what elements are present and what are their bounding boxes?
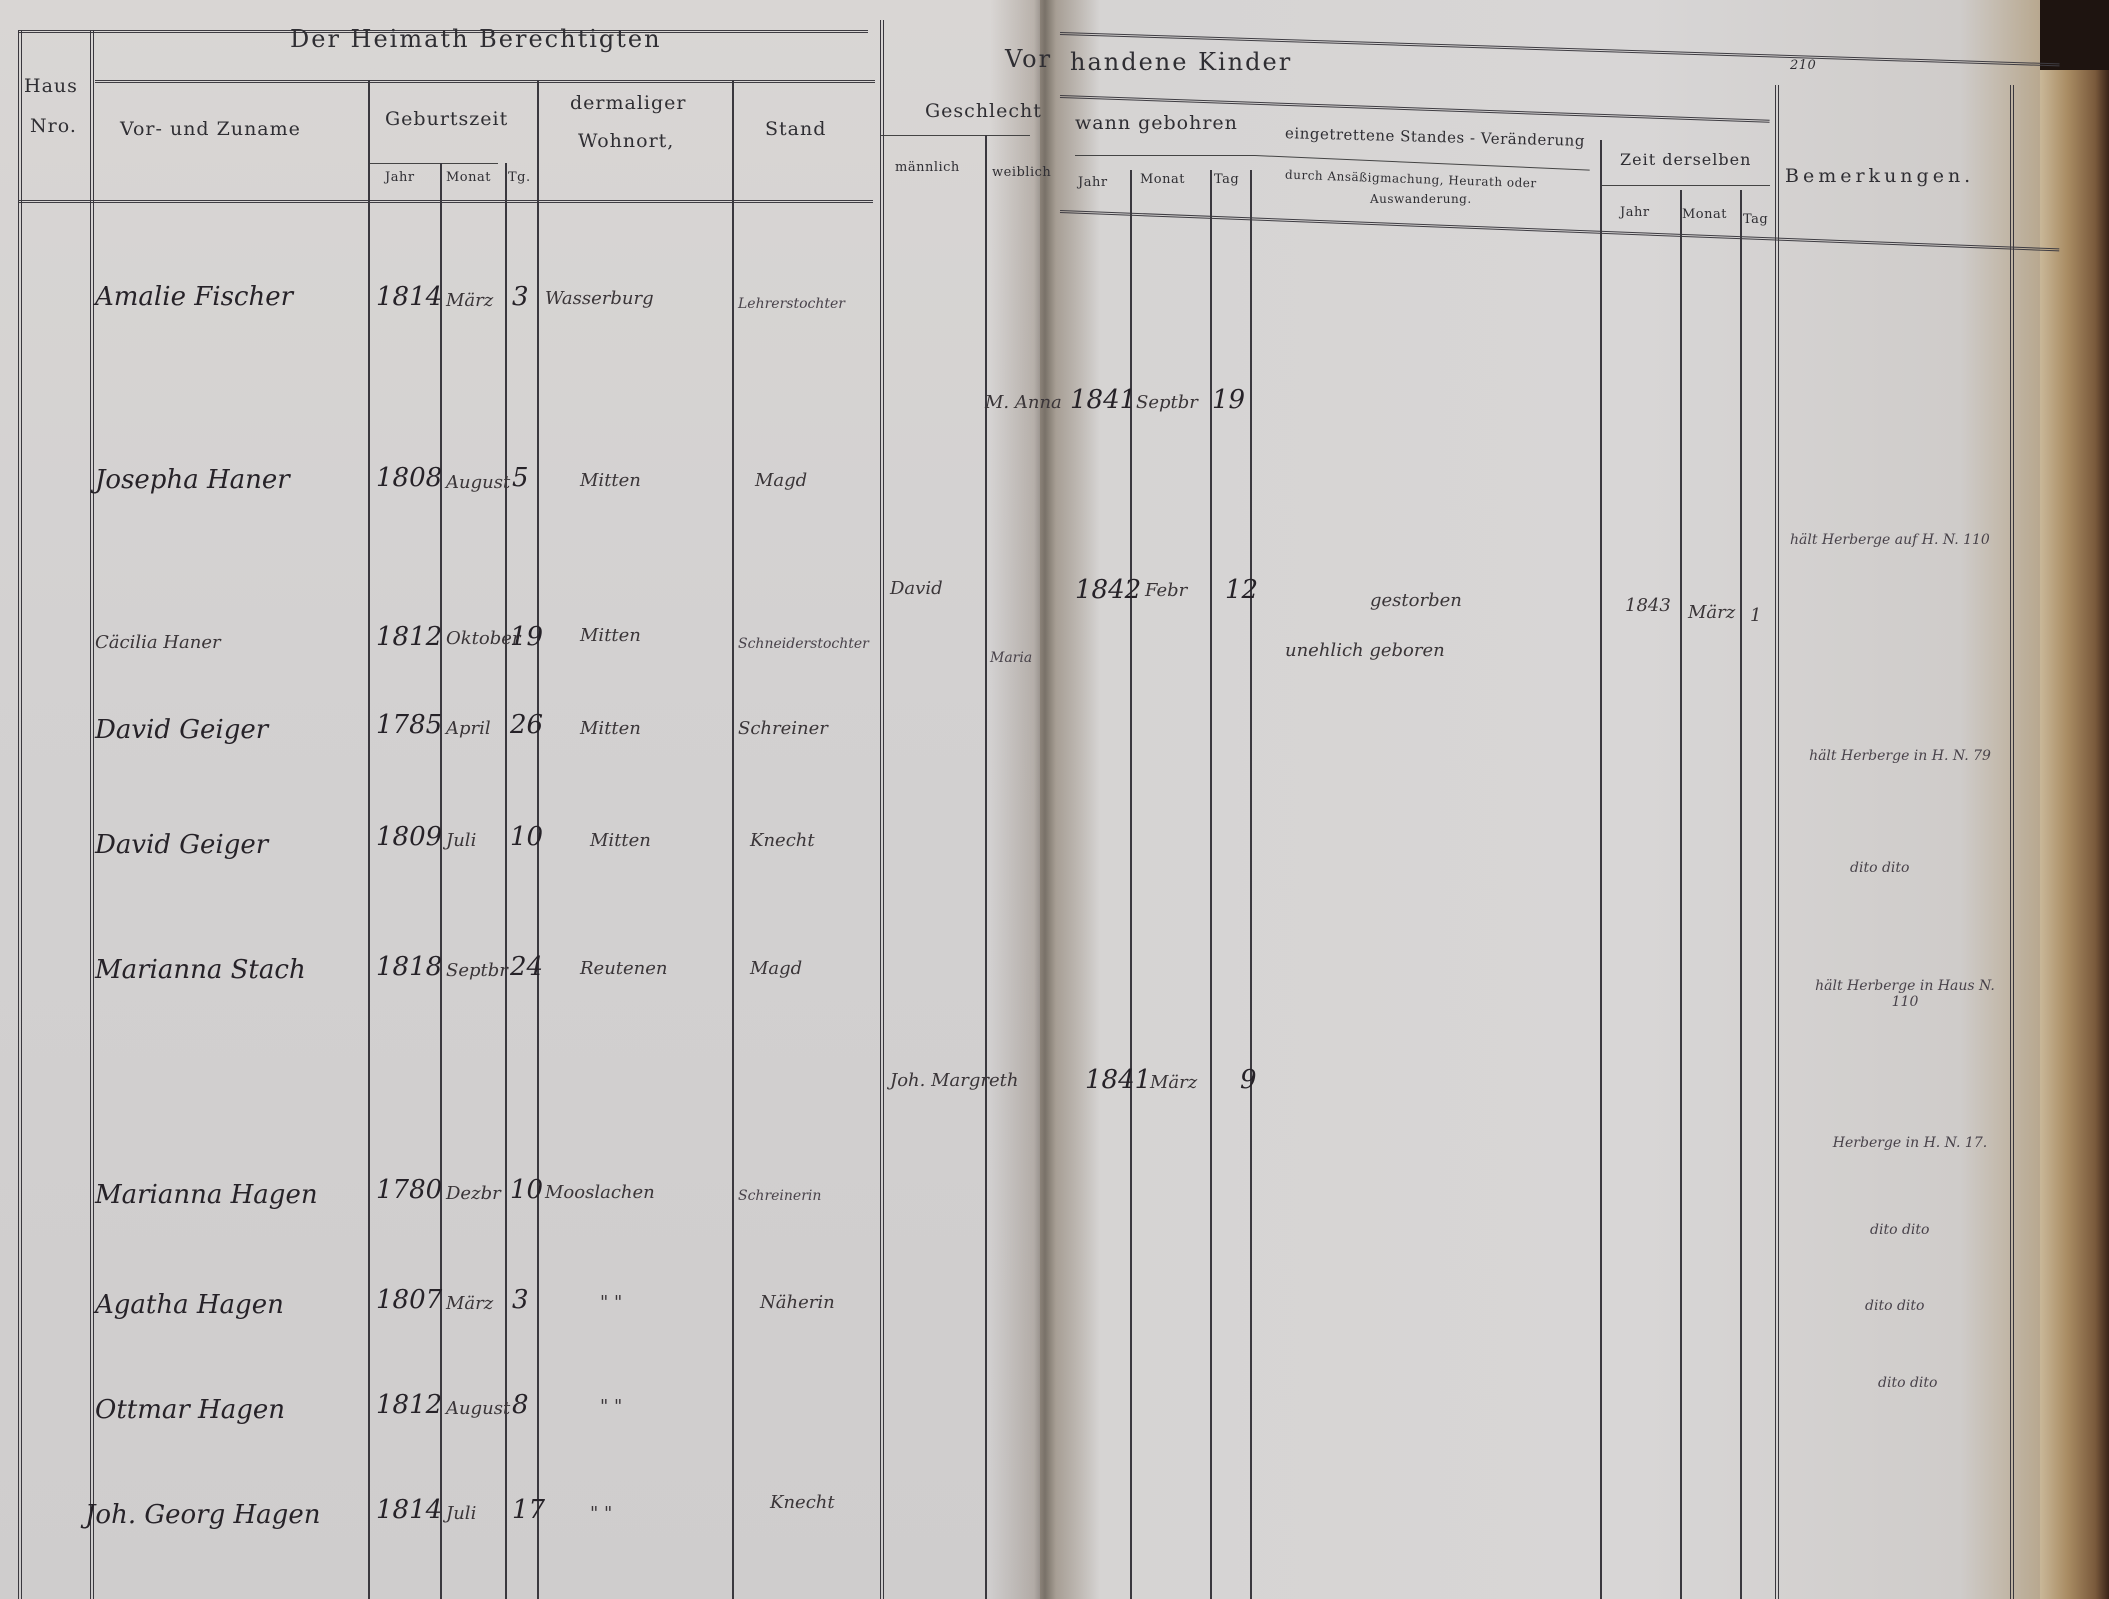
entry-month: März bbox=[446, 290, 493, 311]
left-page bbox=[0, 0, 1040, 1599]
header-name: Vor- und Zuname bbox=[120, 118, 301, 140]
column-rule bbox=[2010, 85, 2014, 1599]
entry-year: 1812 bbox=[376, 1390, 442, 1420]
entry-residence: " " bbox=[590, 1503, 612, 1524]
column-rule bbox=[90, 30, 94, 1599]
entry-day: 5 bbox=[512, 463, 529, 493]
entry-residence: Wasserburg bbox=[545, 288, 654, 309]
header-title-right-2: handene Kinder bbox=[1070, 48, 1292, 76]
column-rule bbox=[985, 135, 987, 1599]
entry-name: Marianna Stach bbox=[95, 955, 306, 985]
header-monat: Monat bbox=[446, 170, 491, 185]
entry-day: 19 bbox=[510, 622, 543, 652]
header-bemerkungen: Bemerkungen. bbox=[1785, 165, 1974, 187]
entry-remarks: dito dito bbox=[1850, 860, 1909, 876]
column-rule bbox=[18, 30, 22, 1599]
child-birth-year: 1842 bbox=[1075, 575, 1141, 605]
header-title-left: Der Heimath Berechtigten bbox=[290, 25, 662, 53]
entry-day: 3 bbox=[512, 1285, 529, 1315]
header-z-monat: Monat bbox=[1682, 207, 1727, 222]
column-rule bbox=[1740, 190, 1742, 1599]
entry-month: Septbr bbox=[446, 960, 508, 981]
entry-status: Magd bbox=[755, 470, 807, 491]
entry-name: Agatha Hagen bbox=[95, 1290, 284, 1320]
change-month: März bbox=[1688, 602, 1735, 623]
header-durch2: Auswanderung. bbox=[1370, 192, 1472, 206]
entry-residence: " " bbox=[600, 1292, 622, 1313]
entry-residence: Mitten bbox=[580, 625, 641, 646]
entry-residence: Reutenen bbox=[580, 958, 668, 979]
header-haus: Haus bbox=[24, 75, 78, 97]
entry-name: Ottmar Hagen bbox=[95, 1395, 285, 1425]
column-rule bbox=[440, 163, 442, 1599]
child-male-name: Joh. Margreth bbox=[890, 1070, 1018, 1091]
column-rule bbox=[1775, 85, 1779, 1599]
page-number: 210 bbox=[1790, 58, 1816, 73]
entry-name: Cäcilia Haner bbox=[95, 632, 221, 653]
rule bbox=[1075, 155, 1255, 156]
entry-residence: " " bbox=[600, 1396, 622, 1417]
rule bbox=[368, 163, 498, 164]
entry-month: Dezbr bbox=[446, 1183, 501, 1204]
column-rule bbox=[1250, 170, 1252, 1599]
header-weiblich: weiblich bbox=[992, 165, 1051, 180]
header-nro: Nro. bbox=[30, 115, 77, 137]
header-geburtszeit: Geburtszeit bbox=[385, 108, 508, 130]
child-female-name: Maria bbox=[990, 650, 1032, 666]
open-ledger-book: Der Heimath Berechtigten Haus Nro. Vor- … bbox=[0, 0, 2109, 1599]
entry-remarks: hält Herberge in H. N. 79 bbox=[1800, 748, 2000, 764]
entry-status: Knecht bbox=[750, 830, 815, 851]
header-title-right-1: Vor bbox=[1005, 45, 1052, 73]
child-birth-day: 19 bbox=[1212, 385, 1245, 415]
header-maennlich: männlich bbox=[895, 160, 960, 175]
entry-status: Knecht bbox=[770, 1492, 835, 1513]
book-gutter bbox=[990, 0, 1100, 1599]
column-rule bbox=[368, 80, 370, 1599]
entry-day: 17 bbox=[512, 1495, 545, 1525]
entry-remarks: dito dito bbox=[1865, 1298, 1924, 1314]
child-birth-month: März bbox=[1150, 1072, 1197, 1093]
entry-day: 26 bbox=[510, 710, 543, 740]
entry-remarks: dito dito bbox=[1878, 1375, 1937, 1391]
entry-status: Schreiner bbox=[738, 718, 828, 739]
column-rule bbox=[505, 163, 507, 1599]
header-k-monat: Monat bbox=[1140, 172, 1185, 187]
entry-name: Josepha Haner bbox=[95, 465, 290, 495]
entry-year: 1809 bbox=[376, 822, 442, 852]
entry-year: 1785 bbox=[376, 710, 442, 740]
entry-year: 1818 bbox=[376, 952, 442, 982]
child-status-change: gestorben bbox=[1370, 590, 1462, 611]
column-rule bbox=[732, 80, 734, 1599]
entry-month: August bbox=[446, 1398, 510, 1419]
header-k-tag: Tag bbox=[1214, 172, 1239, 187]
child-male-name: David bbox=[890, 578, 943, 599]
entry-status: Näherin bbox=[760, 1292, 835, 1313]
entry-year: 1808 bbox=[376, 463, 442, 493]
entry-day: 8 bbox=[512, 1390, 529, 1420]
change-year: 1843 bbox=[1625, 595, 1671, 616]
child-birth-day: 9 bbox=[1240, 1065, 1257, 1095]
entry-day: 10 bbox=[510, 822, 543, 852]
entry-month: August bbox=[446, 472, 510, 493]
child-female-name: M. Anna bbox=[985, 392, 1062, 413]
child-birth-month: Febr bbox=[1145, 580, 1187, 601]
rule bbox=[18, 200, 873, 203]
change-day: 1 bbox=[1750, 605, 1761, 626]
header-stand: Stand bbox=[765, 118, 826, 140]
entry-day: 3 bbox=[512, 282, 529, 312]
header-zeit-derselben: Zeit derselben bbox=[1620, 150, 1751, 169]
entry-year: 1814 bbox=[376, 1495, 442, 1525]
entry-year: 1807 bbox=[376, 1285, 442, 1315]
rule bbox=[95, 80, 875, 83]
child-birth-year: 1841 bbox=[1070, 385, 1136, 415]
entry-name: Joh. Georg Hagen bbox=[85, 1500, 320, 1530]
entry-month: Juli bbox=[446, 1503, 476, 1524]
entry-remarks: hält Herberge auf H. N. 110 bbox=[1790, 532, 1990, 548]
header-wohnort-1: dermaliger bbox=[570, 92, 686, 114]
column-rule bbox=[880, 20, 884, 1599]
header-tag: Tg. bbox=[508, 170, 531, 185]
entry-status: Lehrerstochter bbox=[738, 296, 845, 312]
header-wohnort-2: Wohnort, bbox=[578, 130, 674, 152]
header-wann-gebohren: wann gebohren bbox=[1075, 112, 1238, 134]
column-rule bbox=[1600, 140, 1602, 1599]
entry-name: David Geiger bbox=[95, 715, 268, 745]
entry-remarks: Herberge in H. N. 17. bbox=[1820, 1135, 2000, 1151]
child-status-change-2: unehlich geboren bbox=[1285, 640, 1445, 661]
entry-remarks: hält Herberge in Haus N. 110 bbox=[1805, 978, 2005, 1010]
entry-month: April bbox=[446, 718, 491, 739]
entry-residence: Mitten bbox=[580, 718, 641, 739]
column-rule bbox=[1680, 190, 1682, 1599]
book-cover-edge bbox=[2040, 70, 2109, 1599]
entry-name: David Geiger bbox=[95, 830, 268, 860]
entry-residence: Mooslachen bbox=[545, 1182, 655, 1203]
entry-month: März bbox=[446, 1293, 493, 1314]
header-geschlecht: Geschlecht bbox=[925, 100, 1042, 122]
child-birth-day: 12 bbox=[1225, 575, 1258, 605]
entry-day: 10 bbox=[510, 1175, 543, 1205]
entry-name: Amalie Fischer bbox=[95, 282, 293, 312]
child-birth-month: Septbr bbox=[1136, 392, 1198, 413]
rule bbox=[880, 135, 1030, 136]
entry-year: 1814 bbox=[376, 282, 442, 312]
entry-residence: Mitten bbox=[590, 830, 651, 851]
entry-status: Magd bbox=[750, 958, 802, 979]
child-birth-year: 1841 bbox=[1085, 1065, 1151, 1095]
entry-day: 24 bbox=[510, 952, 543, 982]
entry-month: Juli bbox=[446, 830, 476, 851]
entry-name: Marianna Hagen bbox=[95, 1180, 318, 1210]
entry-remarks: dito dito bbox=[1870, 1222, 1929, 1238]
entry-status: Schneiderstochter bbox=[738, 636, 869, 652]
entry-residence: Mitten bbox=[580, 470, 641, 491]
header-k-jahr: Jahr bbox=[1078, 175, 1108, 190]
entry-year: 1780 bbox=[376, 1175, 442, 1205]
header-jahr: Jahr bbox=[385, 170, 415, 185]
right-page bbox=[1040, 0, 2040, 1599]
entry-status: Schreinerin bbox=[738, 1188, 821, 1204]
entry-year: 1812 bbox=[376, 622, 442, 652]
header-z-tag: Tag bbox=[1743, 212, 1768, 227]
header-z-jahr: Jahr bbox=[1620, 205, 1650, 220]
rule bbox=[1600, 185, 1770, 186]
